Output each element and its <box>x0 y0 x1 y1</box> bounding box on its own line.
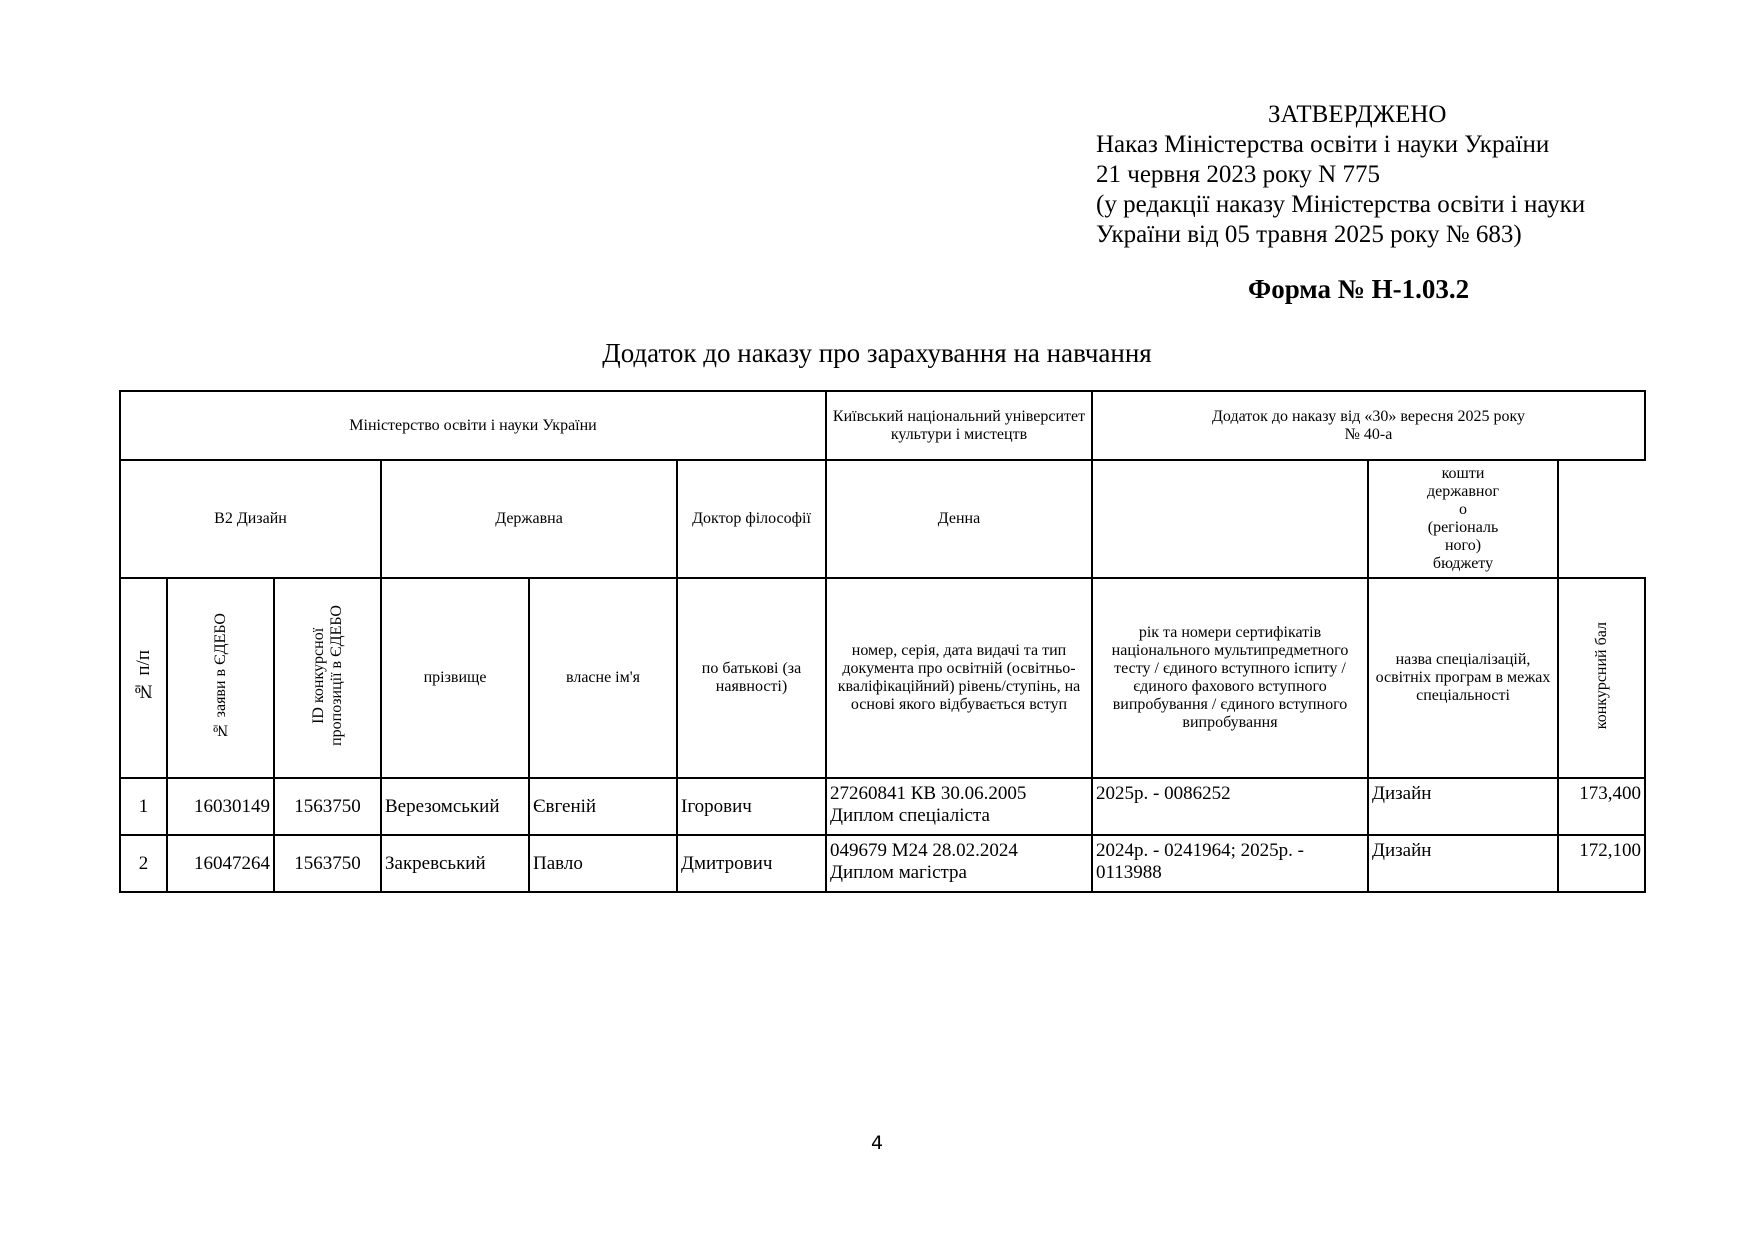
degree-cell: Доктор філософії <box>677 460 826 578</box>
approval-line: України від 05 травня 2025 року № 683) <box>1096 220 1696 250</box>
cell-application-no: 16047264 <box>167 835 274 892</box>
empty-cell <box>1092 460 1368 578</box>
cell-first-name: Павло <box>529 835 677 892</box>
order-number: № 40-а <box>1096 426 1641 444</box>
cell-first-name: Євгеній <box>529 778 677 835</box>
table-row: 2 16047264 1563750 Закревський Павло Дми… <box>120 835 1645 892</box>
approved-stamp: ЗАТВЕРДЖЕНО <box>1096 100 1696 130</box>
approval-line: (у редакції наказу Міністерства освіти і… <box>1096 190 1696 220</box>
study-form-cell: Денна <box>826 460 1092 578</box>
col-header-num: № п/п <box>120 578 167 778</box>
cell-specialization: Дизайн <box>1368 835 1558 892</box>
enrollment-table: Міністерство освіти і науки України Київ… <box>119 390 1646 893</box>
cell-certificates: 2025р. - 0086252 <box>1092 778 1368 835</box>
funding-line: державног <box>1370 483 1556 501</box>
document-title: Додаток до наказу про зарахування на нав… <box>0 338 1754 369</box>
funding-line: (регіональ <box>1370 519 1556 537</box>
funding-cell: кошти державног о (регіональ ного) бюдже… <box>1368 460 1558 578</box>
cell-num: 1 <box>120 778 167 835</box>
col-header-first-name: власне ім'я <box>529 578 677 778</box>
cell-offer-id: 1563750 <box>274 835 381 892</box>
page-number: 4 <box>0 1132 1754 1154</box>
table-row: 1 16030149 1563750 Верезомський Євгеній … <box>120 778 1645 835</box>
specialty-cell: В2 Дизайн <box>120 460 381 578</box>
header-row-program: В2 Дизайн Державна Доктор філософії Денн… <box>120 460 1645 578</box>
cell-surname: Верезомський <box>381 778 529 835</box>
col-header-surname: прізвище <box>381 578 529 778</box>
col-header-offer-id: ID конкурсної пропозиції в ЄДЕБО <box>274 578 381 778</box>
ownership-cell: Державна <box>381 460 677 578</box>
funding-line: кошти <box>1370 465 1556 483</box>
approval-block: ЗАТВЕРДЖЕНО Наказ Міністерства освіти і … <box>1096 100 1696 250</box>
funding-line: о <box>1370 501 1556 519</box>
cell-document: 049679 М24 28.02.2024 Диплом магістра <box>826 835 1092 892</box>
cell-application-no: 16030149 <box>167 778 274 835</box>
order-cell: Додаток до наказу від «30» вересня 2025 … <box>1092 391 1645 460</box>
col-header-document: номер, серія, дата видачі та тип докумен… <box>826 578 1092 778</box>
header-row-institution: Міністерство освіти і науки України Київ… <box>120 391 1645 460</box>
approval-line: Наказ Міністерства освіти і науки Україн… <box>1096 130 1696 160</box>
cell-num: 2 <box>120 835 167 892</box>
form-number: Форма № Н-1.03.2 <box>1248 274 1469 305</box>
university-cell: Київський національний університет культ… <box>826 391 1092 460</box>
cell-document: 27260841 КВ 30.06.2005 Диплом спеціаліст… <box>826 778 1092 835</box>
funding-line: ного) <box>1370 537 1556 555</box>
col-header-patronymic: по батькові (за наявності) <box>677 578 826 778</box>
cell-score: 172,100 <box>1558 835 1645 892</box>
col-header-specialization: назва спеціалізацій, освітніх програм в … <box>1368 578 1558 778</box>
column-header-row: № п/п № заяви в ЄДЕБО ID конкурсної проп… <box>120 578 1645 778</box>
order-date: Додаток до наказу від «30» вересня 2025 … <box>1096 408 1641 426</box>
funding-line: бюджету <box>1370 555 1556 573</box>
cell-specialization: Дизайн <box>1368 778 1558 835</box>
cell-score: 173,400 <box>1558 778 1645 835</box>
cell-patronymic: Дмитрович <box>677 835 826 892</box>
approval-line: 21 червня 2023 року N 775 <box>1096 160 1696 190</box>
cell-patronymic: Ігорович <box>677 778 826 835</box>
cell-certificates: 2024р. - 0241964; 2025р. - 0113988 <box>1092 835 1368 892</box>
col-header-score: конкурсний бал <box>1558 578 1645 778</box>
cell-offer-id: 1563750 <box>274 778 381 835</box>
cell-surname: Закревський <box>381 835 529 892</box>
ministry-cell: Міністерство освіти і науки України <box>120 391 826 460</box>
col-header-application-no: № заяви в ЄДЕБО <box>167 578 274 778</box>
col-header-certificates: рік та номери сертифікатів національного… <box>1092 578 1368 778</box>
